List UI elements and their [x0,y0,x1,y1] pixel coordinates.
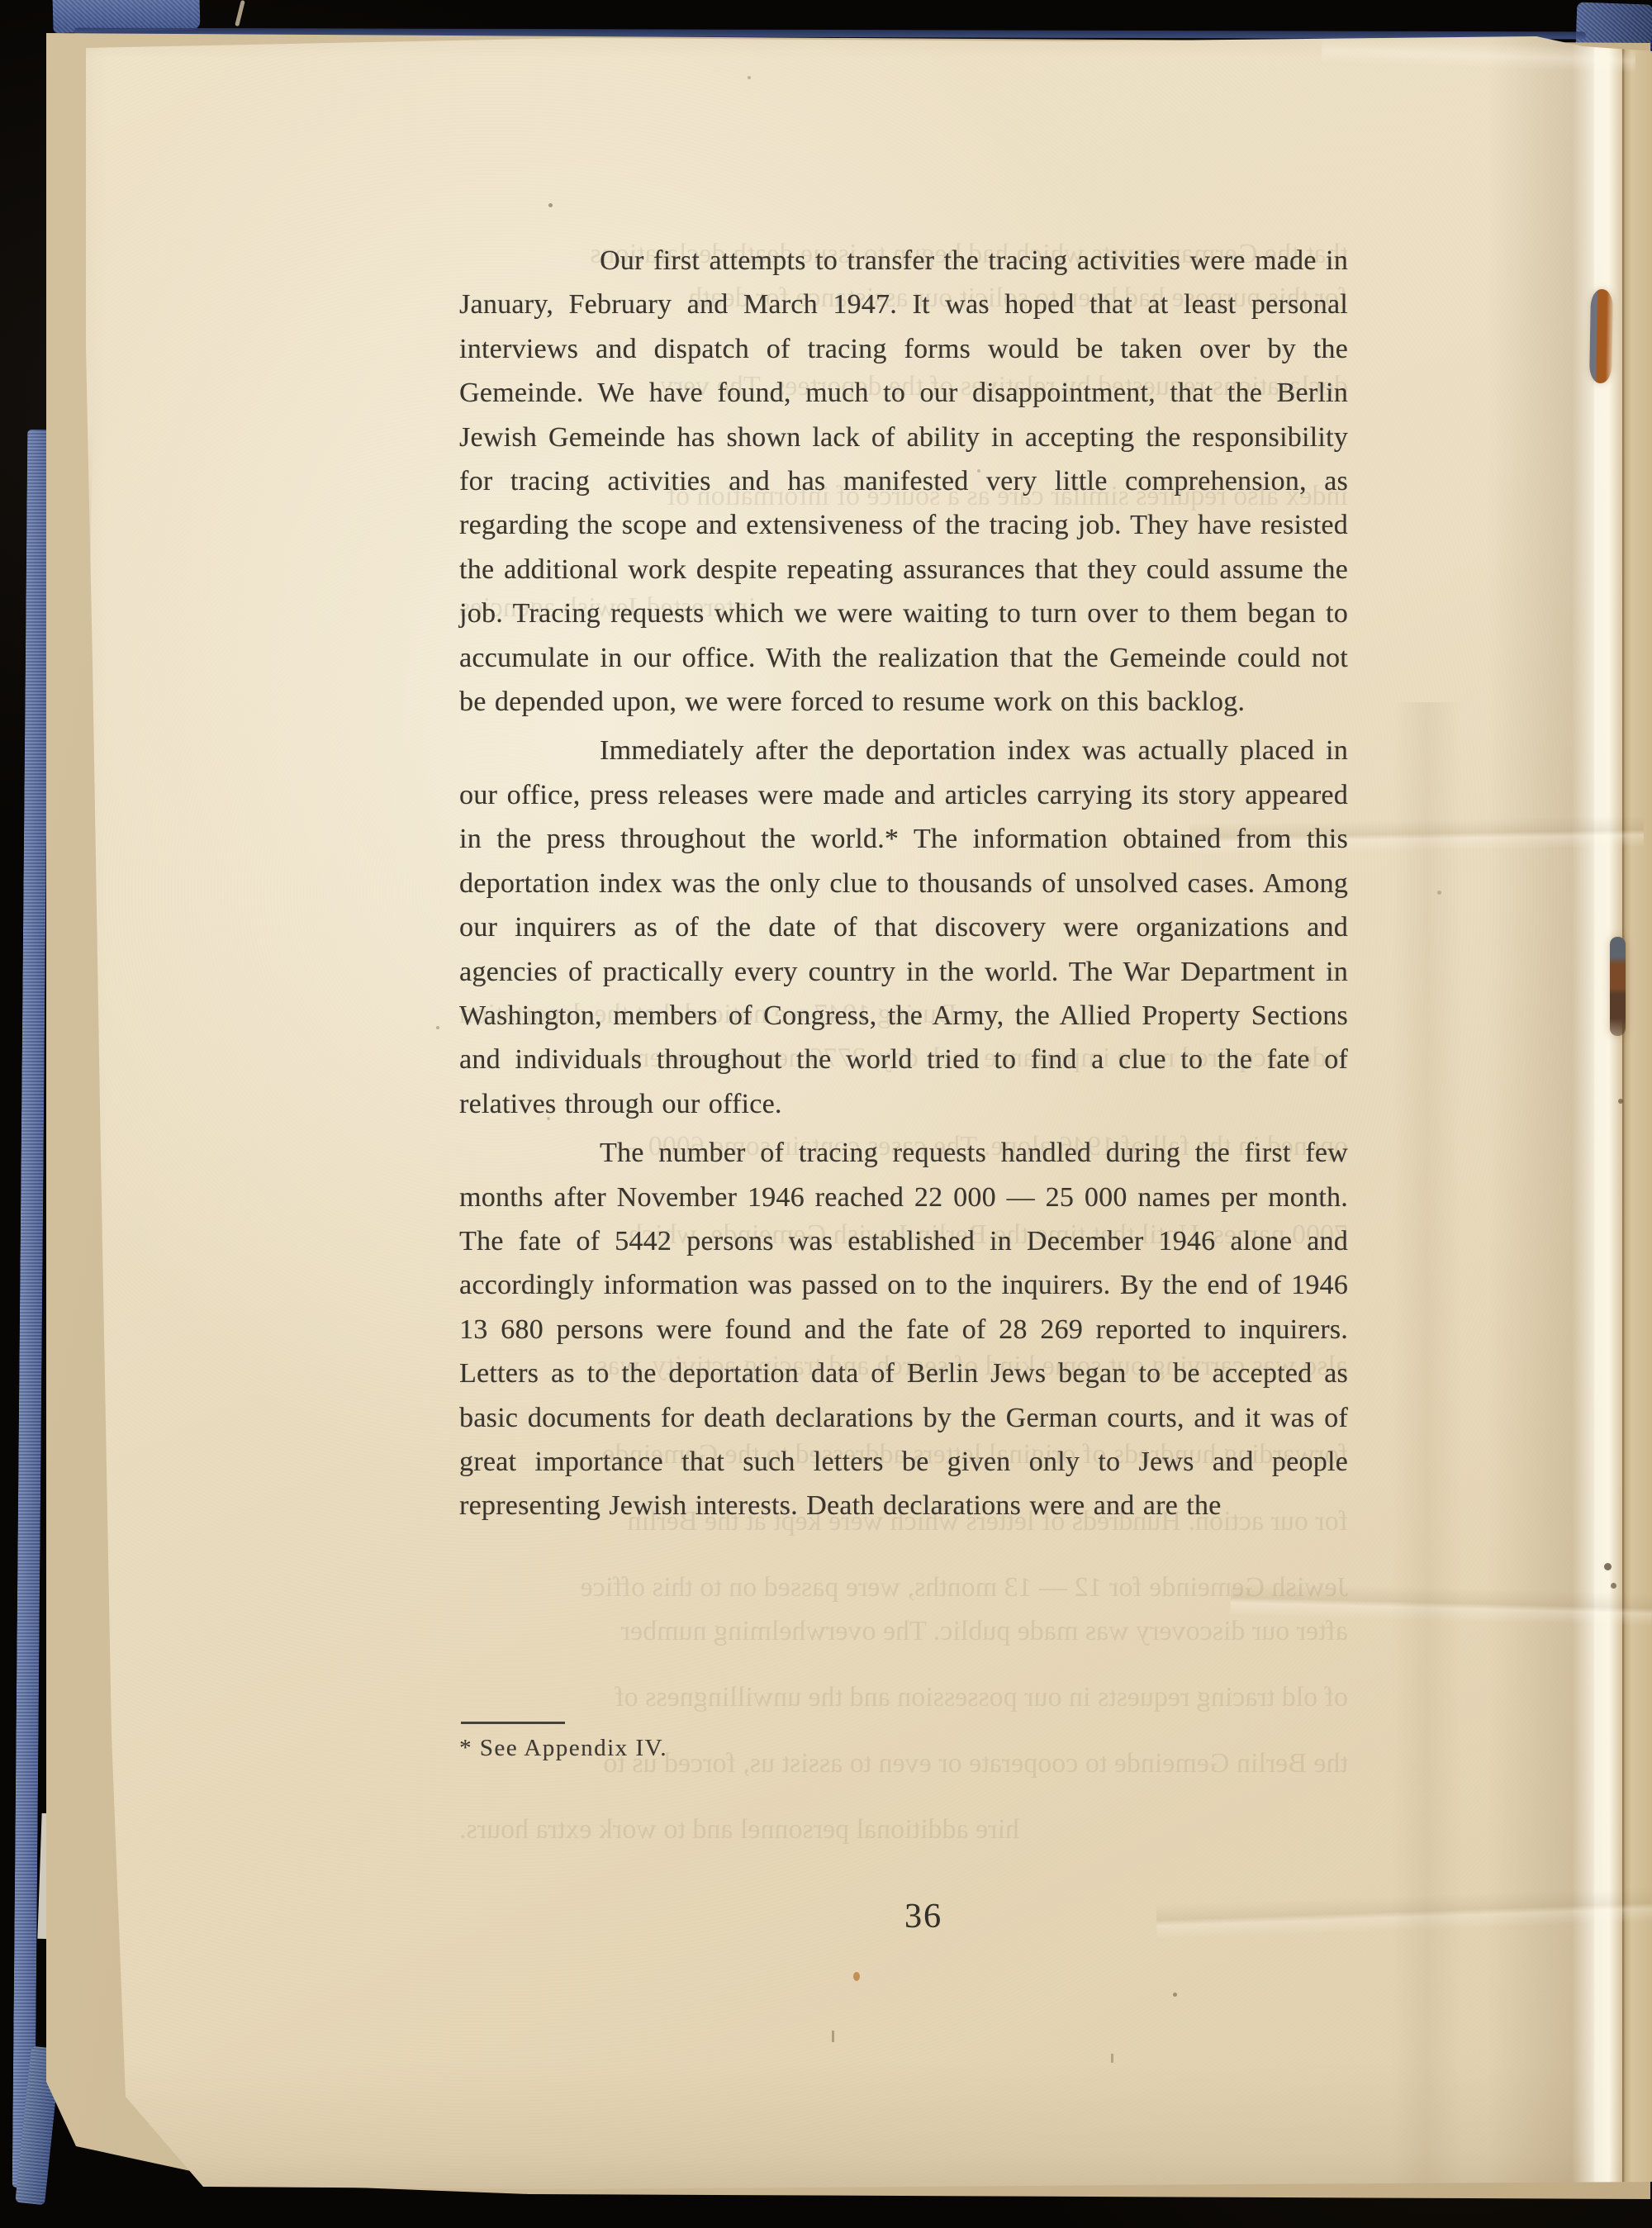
rust-speck [1611,1583,1616,1589]
paper-speck [547,1117,550,1120]
paper-speck [436,1026,439,1029]
show-through-text: hire additional personnel and to work ex… [459,1813,1348,1846]
page-number: 36 [866,1897,981,1936]
rust-stain [1610,937,1626,1036]
paragraph-3: The number of tracing requests handled d… [459,1131,1348,1528]
rust-speck [1604,1563,1612,1570]
paper-mark [1111,2054,1113,2063]
rust-speck [1618,1099,1623,1104]
show-through-text: after our discovery was made public. The… [459,1615,1348,1648]
book-page: that the German courts which had begun t… [0,0,1652,2228]
paper-mark [832,2031,834,2042]
show-through-text: Jewish Gemeinde for 12 — 13 months, were… [459,1571,1348,1604]
footnote: * See Appendix IV. [459,1735,1037,1762]
page-text-block: Our first attempts to transfer the traci… [459,239,1348,1528]
footnote-rule [461,1722,565,1724]
rust-fleck [853,1972,860,1981]
paper-speck [548,203,553,207]
paper-speck [977,469,980,473]
paper-speck [1173,1993,1177,1997]
book-photo: that the German courts which had begun t… [0,0,1652,2228]
paper-speck [1437,891,1441,895]
paragraph-1: Our first attempts to transfer the traci… [459,239,1348,724]
show-through-text: of old tracing requests in our possessio… [459,1681,1348,1714]
paper-speck [748,76,751,79]
rust-stain [1589,289,1613,383]
binding-thread [235,0,245,26]
paragraph-2: Immediately after the deportation index … [459,729,1348,1126]
